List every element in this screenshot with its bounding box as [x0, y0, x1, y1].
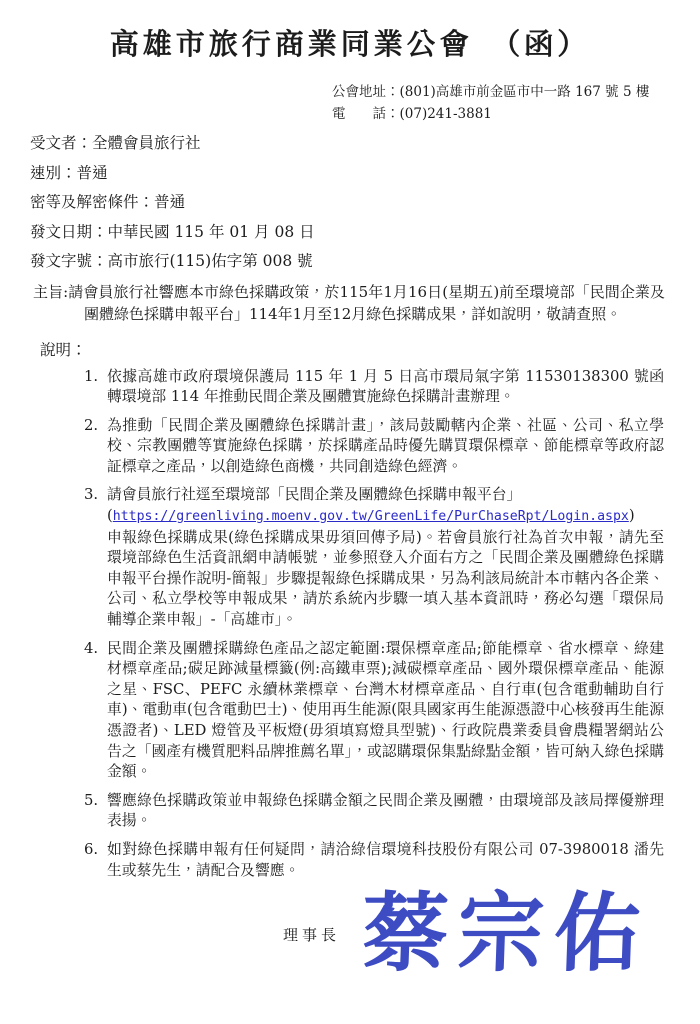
list-item-4: 4. 民間企業及團體採購綠色產品之認定範圍:環保標章產品;節能標章、省水標章、綠…	[84, 639, 664, 783]
explanation-heading: 說明：	[40, 338, 700, 360]
item-number: 6.	[84, 840, 107, 881]
field-security-value: 普通	[154, 193, 185, 211]
list-item-6: 6. 如對綠色採購申報有任何疑問，請洽綠信環境科技股份有限公司 07-39800…	[84, 840, 664, 881]
explanation-list: 1. 依據高雄市政府環境保護局 115 年 1 月 5 日高市環局氣字第 115…	[84, 367, 664, 882]
item-text-post: ) 申報綠色採購成果(綠色採購成果毋須回傳予局)。若會員旅行社為首次申報，請先至…	[107, 507, 664, 628]
field-recipient-value: 全體會員旅行社	[92, 134, 201, 152]
list-item-2: 2. 為推動「民間企業及團體綠色採購計畫」，該局鼓勵轄內企業、社區、公司、私立學…	[84, 416, 664, 478]
list-item-5: 5. 響應綠色採購政策並申報綠色採購金額之民間企業及團體，由環境部及該局擇優辦理…	[84, 791, 664, 832]
item-number: 1.	[84, 367, 107, 408]
association-address: 公會地址：(801)高雄市前金區市中一路 167 號 5 樓	[332, 81, 700, 103]
item-text: 依據高雄市政府環境保護局 115 年 1 月 5 日高市環局氣字第 115301…	[107, 367, 664, 408]
contact-block: 公會地址：(801)高雄市前金區市中一路 167 號 5 樓 電 話：(07)2…	[332, 81, 700, 125]
page-title: 高雄市旅行商業同業公會 （函）	[0, 22, 700, 63]
signer-signature: 蔡宗佑	[360, 889, 651, 979]
signer-title: 理事長	[283, 924, 340, 945]
item-text: 響應綠色採購政策並申報綠色採購金額之民間企業及團體，由環境部及該局擇優辦理表揚。	[107, 791, 664, 832]
association-phone: 電 話：(07)241-3881	[332, 103, 700, 125]
field-recipient: 受文者：全體會員旅行社	[30, 133, 700, 153]
official-letter-page: 高雄市旅行商業同業公會 （函） 公會地址：(801)高雄市前金區市中一路 167…	[0, 0, 700, 1024]
field-security: 密等及解密條件：普通	[30, 192, 700, 212]
subject-paragraph: 主旨:請會員旅行社響應本市綠色採購政策，於115年1月16日(星期五)前至環境部…	[33, 281, 665, 325]
field-recipient-label: 受文者：	[30, 134, 92, 152]
item-text: 如對綠色採購申報有任何疑問，請洽綠信環境科技股份有限公司 07-3980018 …	[107, 840, 664, 881]
item-text: 為推動「民間企業及團體綠色採購計畫」，該局鼓勵轄內企業、社區、公司、私立學校、宗…	[107, 416, 664, 478]
subject-text: 請會員旅行社響應本市綠色採購政策，於115年1月16日(星期五)前至環境部「民間…	[68, 283, 665, 323]
field-priority-label: 速別：	[30, 164, 77, 182]
list-item-1: 1. 依據高雄市政府環境保護局 115 年 1 月 5 日高市環局氣字第 115…	[84, 367, 664, 408]
field-doc-number: 發文字號：高市旅行(115)佑字第 008 號	[30, 251, 700, 271]
list-item-3: 3. 請會員旅行社逕至環境部「民間企業及團體綠色採購申報平台」 (https:/…	[84, 485, 664, 630]
item-number: 5.	[84, 791, 107, 832]
field-issue-date-value: 中華民國 115 年 01 月 08 日	[108, 223, 315, 241]
address-value: (801)高雄市前金區市中一路 167 號 5 樓	[400, 84, 650, 100]
letter-meta-fields: 受文者：全體會員旅行社 速別：普通 密等及解密條件：普通 發文日期：中華民國 1…	[30, 133, 700, 271]
field-issue-date-label: 發文日期：	[30, 223, 108, 241]
report-platform-link[interactable]: https://greenliving.moenv.gov.tw/GreenLi…	[113, 509, 629, 524]
field-security-label: 密等及解密條件：	[30, 193, 154, 211]
field-priority: 速別：普通	[30, 163, 700, 183]
item-text: 民間企業及團體採購綠色產品之認定範圍:環保標章產品;節能標章、省水標章、綠建材標…	[107, 639, 664, 783]
item-number: 2.	[84, 416, 107, 478]
phone-value: (07)241-3881	[400, 106, 492, 122]
phone-label: 電 話：	[332, 106, 400, 122]
field-doc-number-label: 發文字號：	[30, 252, 108, 270]
field-doc-number-value: 高市旅行(115)佑字第 008 號	[108, 252, 313, 270]
field-issue-date: 發文日期：中華民國 115 年 01 月 08 日	[30, 222, 700, 242]
address-label: 公會地址：	[332, 84, 400, 100]
item-number: 4.	[84, 639, 107, 783]
signature-block: 理事長 蔡宗佑	[0, 889, 700, 979]
field-priority-value: 普通	[77, 164, 108, 182]
item-text: 請會員旅行社逕至環境部「民間企業及團體綠色採購申報平台」 (https://gr…	[107, 485, 664, 630]
subject-label: 主旨:	[33, 283, 68, 301]
item-number: 3.	[84, 485, 107, 630]
